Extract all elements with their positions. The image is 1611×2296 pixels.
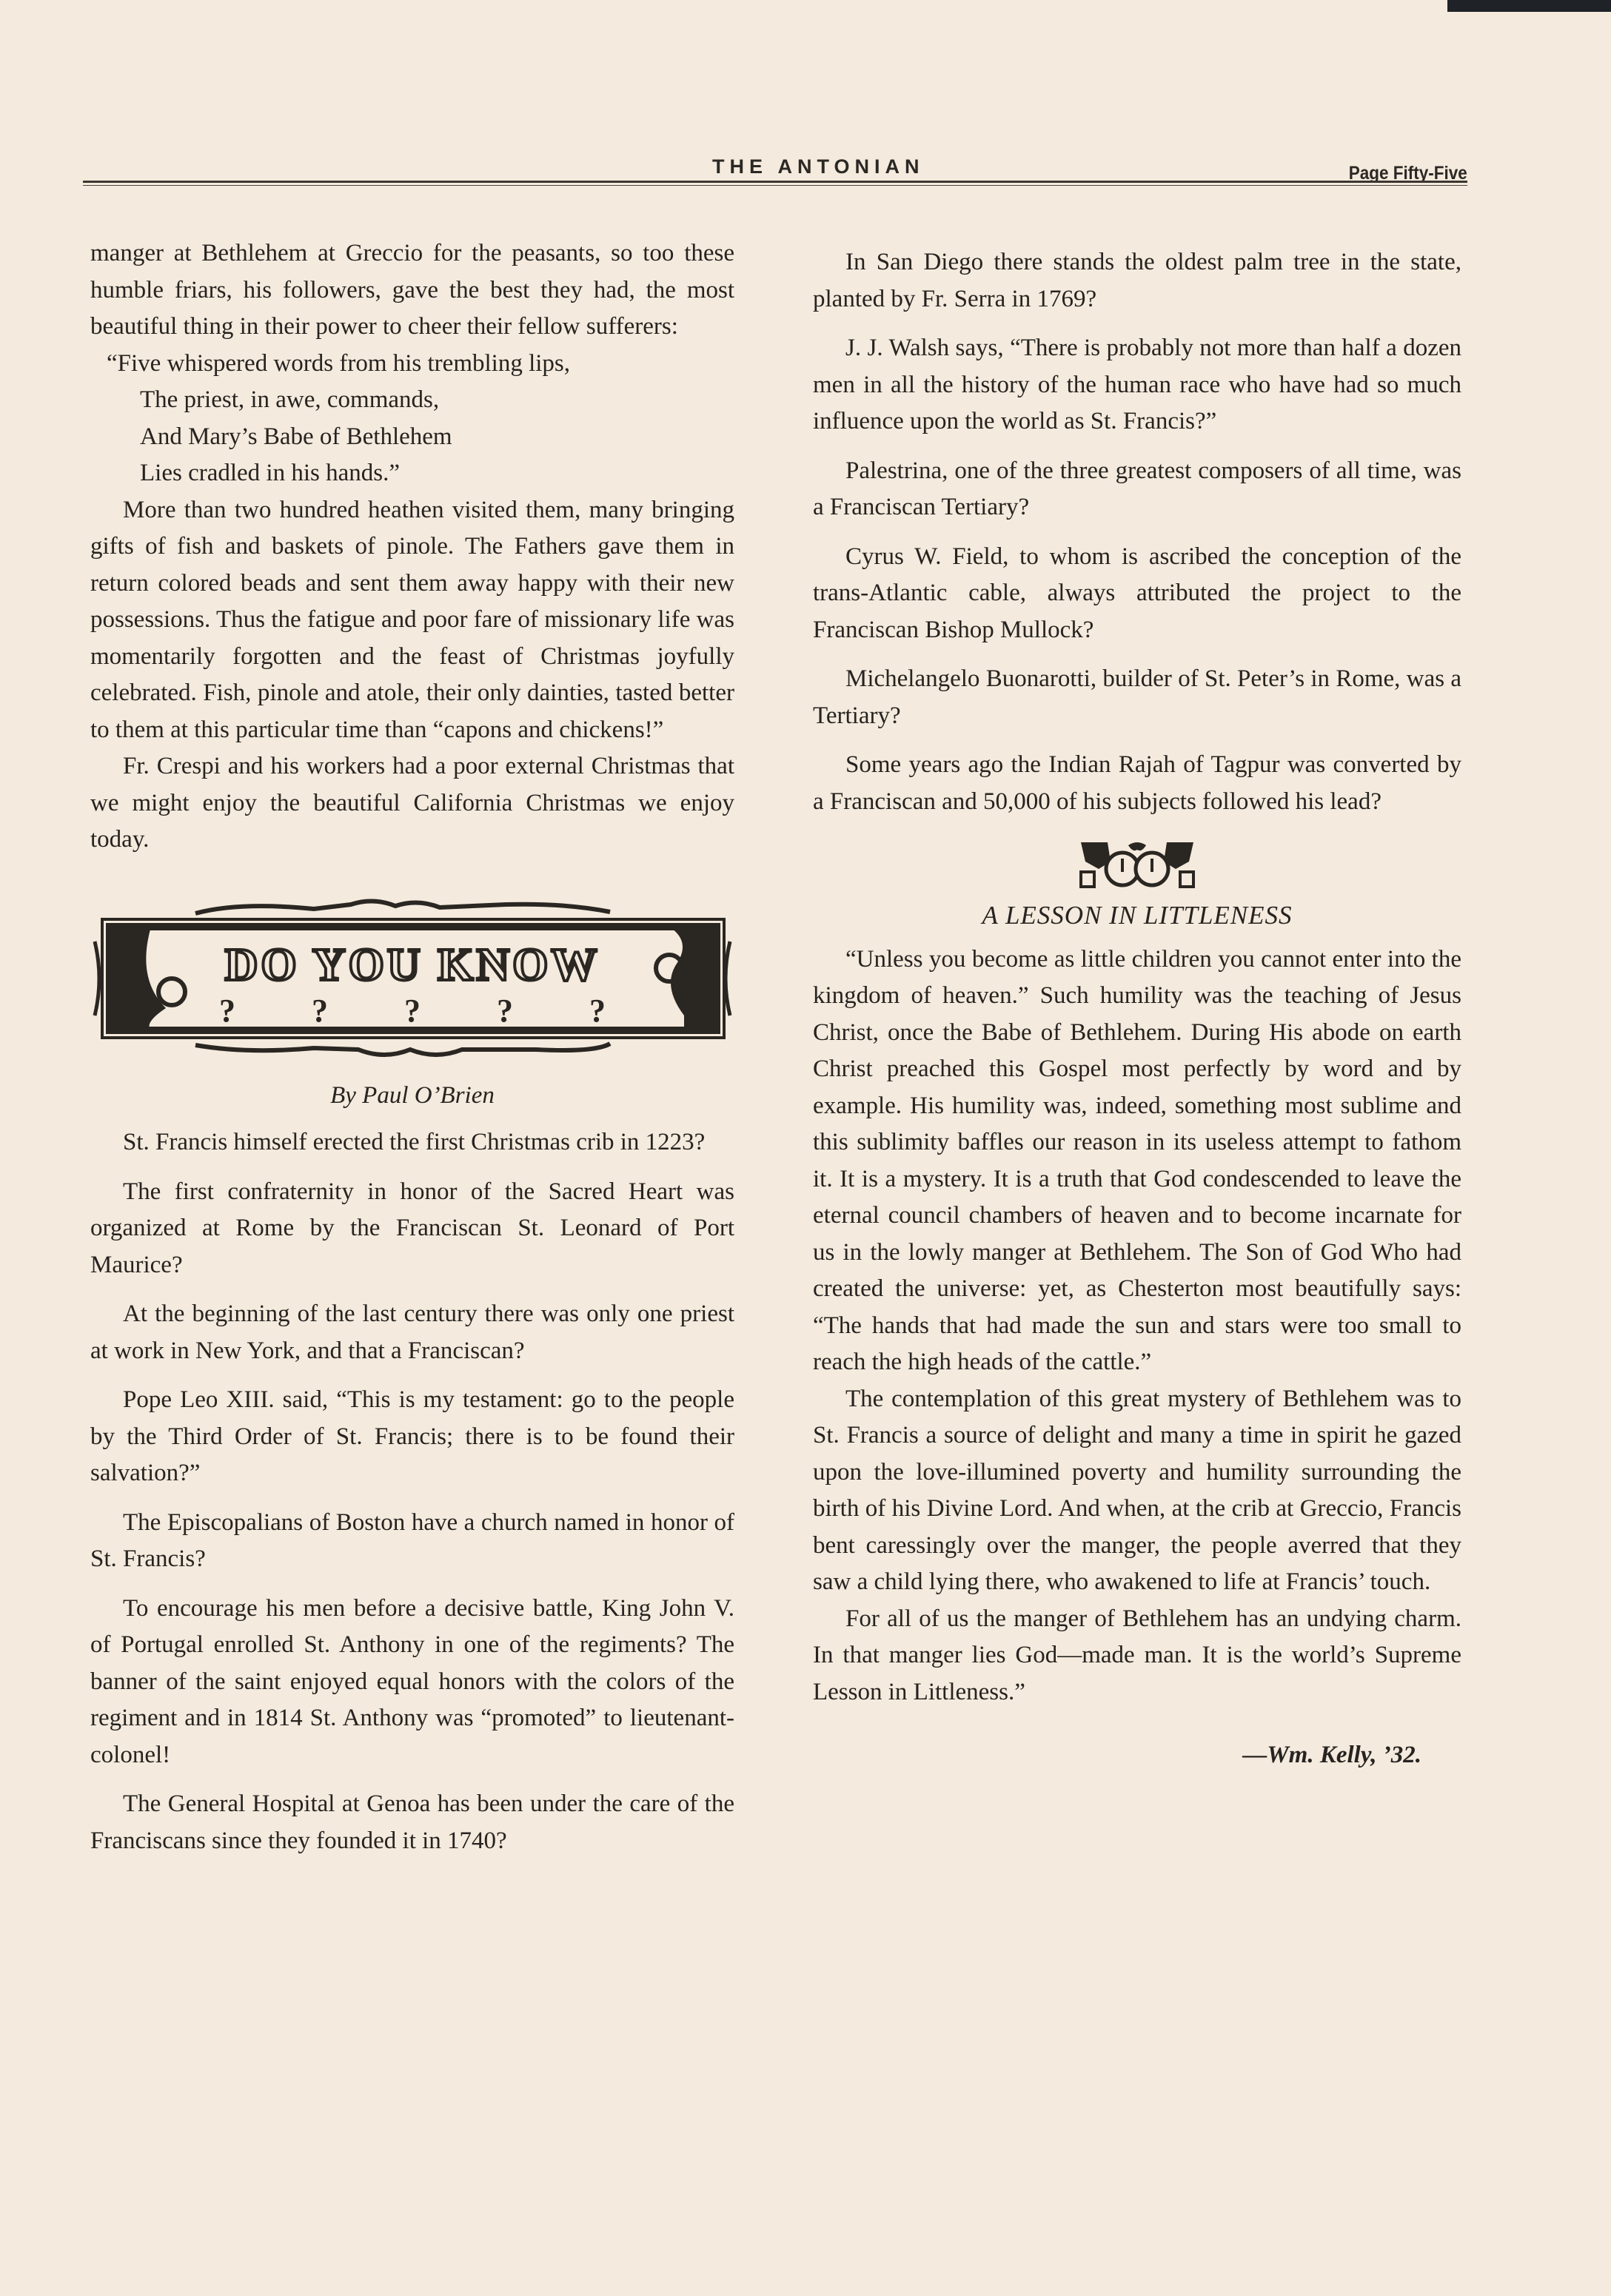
verse-line: Lies cradled in his hands.” <box>107 455 734 492</box>
svg-text:DO YOU KNOW: DO YOU KNOW <box>225 940 600 990</box>
fact-item: J. J. Walsh says, “There is probably not… <box>813 330 1461 440</box>
author-signature: —Wm. Kelly, ’32. <box>813 1737 1461 1774</box>
fact-item: In San Diego there stands the oldest pal… <box>813 244 1461 318</box>
verse-line: “Five whispered words from his trembling… <box>107 346 734 383</box>
fact-item: Cyrus W. Field, to whom is ascribed the … <box>813 539 1461 649</box>
fact-item: The Episcopalians of Boston have a churc… <box>90 1505 734 1578</box>
right-column: In San Diego there stands the oldest pal… <box>813 244 1461 1774</box>
byline: By Paul O’Brien <box>90 1078 734 1115</box>
section-title: A LESSON IN LITTLENESS <box>813 897 1461 934</box>
paragraph: Fr. Crespi and his workers had a poor ex… <box>90 748 734 859</box>
fact-item: To encourage his men before a decisive b… <box>90 1591 734 1774</box>
fact-item: At the beginning of the last century the… <box>90 1296 734 1369</box>
verse-line: And Mary’s Babe of Bethlehem <box>107 419 734 456</box>
paragraph: The contemplation of this great mystery … <box>813 1381 1461 1601</box>
ornate-frame-icon: DO YOU KNOW ? ? ? ? ? <box>92 897 733 1058</box>
fact-item: The General Hospital at Genoa has been u… <box>90 1786 734 1859</box>
paragraph: For all of us the manger of Bethlehem ha… <box>813 1601 1461 1711</box>
fact-item: Pope Leo XIII. said, “This is my testame… <box>90 1382 734 1492</box>
do-you-know-banner: DO YOU KNOW ? ? ? ? ? <box>92 897 733 1058</box>
scan-edge <box>1447 0 1611 12</box>
continued-paragraph: manger at Bethlehem at Greccio for the p… <box>90 235 734 346</box>
fact-item: Some years ago the Indian Rajah of Tagpu… <box>813 747 1461 820</box>
verse-line: The priest, in awe, commands, <box>107 382 734 419</box>
paragraph: “Unless you become as little children yo… <box>813 941 1461 1381</box>
fact-item: St. Francis himself erected the first Ch… <box>90 1124 734 1161</box>
verse-quote: “Five whispered words from his trembling… <box>90 346 734 492</box>
fact-item: The first confraternity in honor of the … <box>90 1174 734 1284</box>
svg-text:?: ? <box>312 993 328 1029</box>
svg-text:?: ? <box>219 993 235 1029</box>
magazine-title: THE ANTONIAN <box>712 155 925 178</box>
svg-text:?: ? <box>404 993 421 1029</box>
paragraph: More than two hundred heathen visited th… <box>90 492 734 749</box>
svg-text:?: ? <box>589 993 606 1029</box>
fact-item: Michelangelo Buonarotti, builder of St. … <box>813 661 1461 734</box>
svg-text:?: ? <box>497 993 513 1029</box>
page-header: THE ANTONIAN Page Fifty-Five <box>83 152 1467 189</box>
bells-holly-ornament-icon <box>1078 839 1196 890</box>
header-rule <box>83 181 1467 186</box>
fact-item: Palestrina, one of the three greatest co… <box>813 453 1461 526</box>
left-column: manger at Bethlehem at Greccio for the p… <box>90 235 734 1859</box>
